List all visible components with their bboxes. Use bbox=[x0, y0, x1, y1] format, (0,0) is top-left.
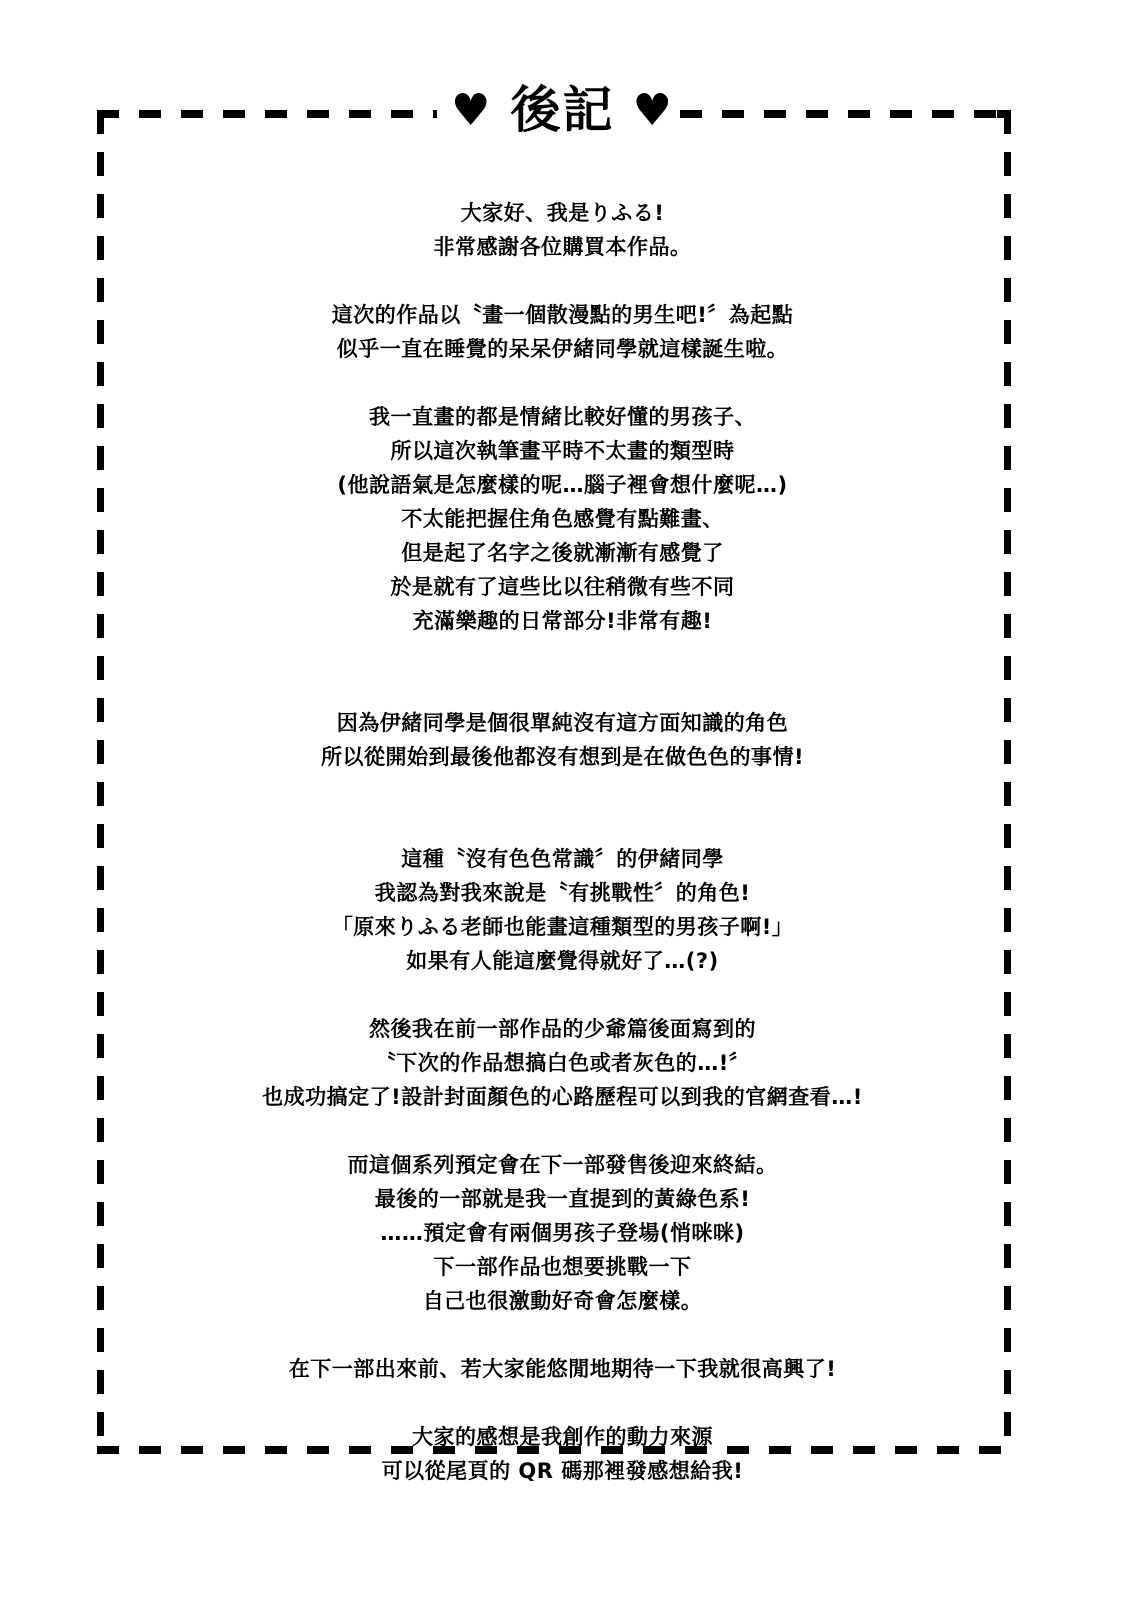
text-line: 自己也很激動好奇會怎麼樣。 bbox=[120, 1284, 1005, 1318]
paragraph-greeting: 大家好、我是りふる! 非常感謝各位購買本作品。 bbox=[120, 196, 1005, 264]
paragraph-character: 我一直畫的都是情緒比較好懂的男孩子、 所以這次執筆畫平時不太畫的類型時 (他說語… bbox=[120, 400, 1005, 638]
text-line: 最後的一部就是我一直提到的黃綠色系! bbox=[120, 1182, 1005, 1216]
text-line: 充滿樂趣的日常部分!非常有趣! bbox=[120, 604, 1005, 638]
text-line: 非常感謝各位購買本作品。 bbox=[120, 230, 1005, 264]
paragraph-series-end: 而這個系列預定會在下一部發售後迎來終結。 最後的一部就是我一直提到的黃綠色系! … bbox=[120, 1148, 1005, 1318]
heart-icon: ♥ bbox=[451, 85, 492, 136]
text-line: 「原來りふる老師也能畫這種類型的男孩子啊!」 bbox=[120, 910, 1005, 944]
text-line: 可以從尾頁的 QR 碼那裡發感想給我! bbox=[120, 1454, 1005, 1488]
frame-left-dashes bbox=[97, 110, 104, 1454]
text-line: 所以這次執筆畫平時不太畫的類型時 bbox=[120, 434, 1005, 468]
text-line: 這種〝沒有色色常識〞的伊緒同學 bbox=[120, 842, 1005, 876]
heart-icon: ♥ bbox=[633, 85, 674, 136]
text-line: 〝下次的作品想搞白色或者灰色的…!〞 bbox=[120, 1046, 1005, 1080]
text-line: 而這個系列預定會在下一部發售後迎來終結。 bbox=[120, 1148, 1005, 1182]
text-line: 似乎一直在睡覺的呆呆伊緒同學就這樣誕生啦。 bbox=[120, 332, 1005, 366]
text-line: 在下一部出來前、若大家能悠閒地期待一下我就很高興了! bbox=[120, 1352, 1005, 1386]
paragraph-feedback: 大家的感想是我創作的動力來源 可以從尾頁的 QR 碼那裡發感想給我! bbox=[120, 1420, 1005, 1488]
paragraph-looking-forward: 在下一部出來前、若大家能悠閒地期待一下我就很高興了! bbox=[120, 1352, 1005, 1386]
frame-right-dashes bbox=[1004, 110, 1011, 1454]
text-line: 於是就有了這些比以往稍微有些不同 bbox=[120, 570, 1005, 604]
paragraph-concept: 這次的作品以〝畫一個散漫點的男生吧!〞為起點 似乎一直在睡覺的呆呆伊緒同學就這樣… bbox=[120, 298, 1005, 366]
text-line: 大家好、我是りふる! bbox=[120, 196, 1005, 230]
text-line: 這次的作品以〝畫一個散漫點的男生吧!〞為起點 bbox=[120, 298, 1005, 332]
text-line: 所以從開始到最後他都沒有想到是在做色色的事情! bbox=[120, 740, 1005, 774]
text-line: 但是起了名字之後就漸漸有感覺了 bbox=[120, 536, 1005, 570]
text-line: (他說語氣是怎麼樣的呢…腦子裡會想什麼呢…) bbox=[120, 468, 1005, 502]
text-line: 下一部作品也想要挑戰一下 bbox=[120, 1250, 1005, 1284]
text-line: 如果有人能這麼覺得就好了…(?) bbox=[120, 944, 1005, 978]
page-heading: ♥後記♥ bbox=[0, 72, 1125, 149]
text-line: 我一直畫的都是情緒比較好懂的男孩子、 bbox=[120, 400, 1005, 434]
text-line: ……預定會有兩個男孩子登場(悄咪咪) bbox=[120, 1216, 1005, 1250]
text-line: 不太能把握住角色感覺有點難畫、 bbox=[120, 502, 1005, 536]
text-line: 然後我在前一部作品的少爺篇後面寫到的 bbox=[120, 1012, 1005, 1046]
paragraph-challenge: 這種〝沒有色色常識〞的伊緒同學 我認為對我來說是〝有挑戰性〞的角色! 「原來りふ… bbox=[120, 842, 1005, 978]
paragraph-innocence: 因為伊緒同學是個很單純沒有這方面知識的角色 所以從開始到最後他都沒有想到是在做色… bbox=[120, 706, 1005, 774]
page-title: 後記 bbox=[511, 81, 615, 139]
text-line: 因為伊緒同學是個很單純沒有這方面知識的角色 bbox=[120, 706, 1005, 740]
text-line: 大家的感想是我創作的動力來源 bbox=[120, 1420, 1005, 1454]
paragraph-cover-color: 然後我在前一部作品的少爺篇後面寫到的 〝下次的作品想搞白色或者灰色的…!〞 也成… bbox=[120, 1012, 1005, 1114]
text-line: 也成功搞定了!設計封面顏色的心路歷程可以到我的官網查看…! bbox=[120, 1080, 1005, 1114]
afterword-body: 大家好、我是りふる! 非常感謝各位購買本作品。 這次的作品以〝畫一個散漫點的男生… bbox=[120, 196, 1005, 1488]
text-line: 我認為對我來說是〝有挑戰性〞的角色! bbox=[120, 876, 1005, 910]
